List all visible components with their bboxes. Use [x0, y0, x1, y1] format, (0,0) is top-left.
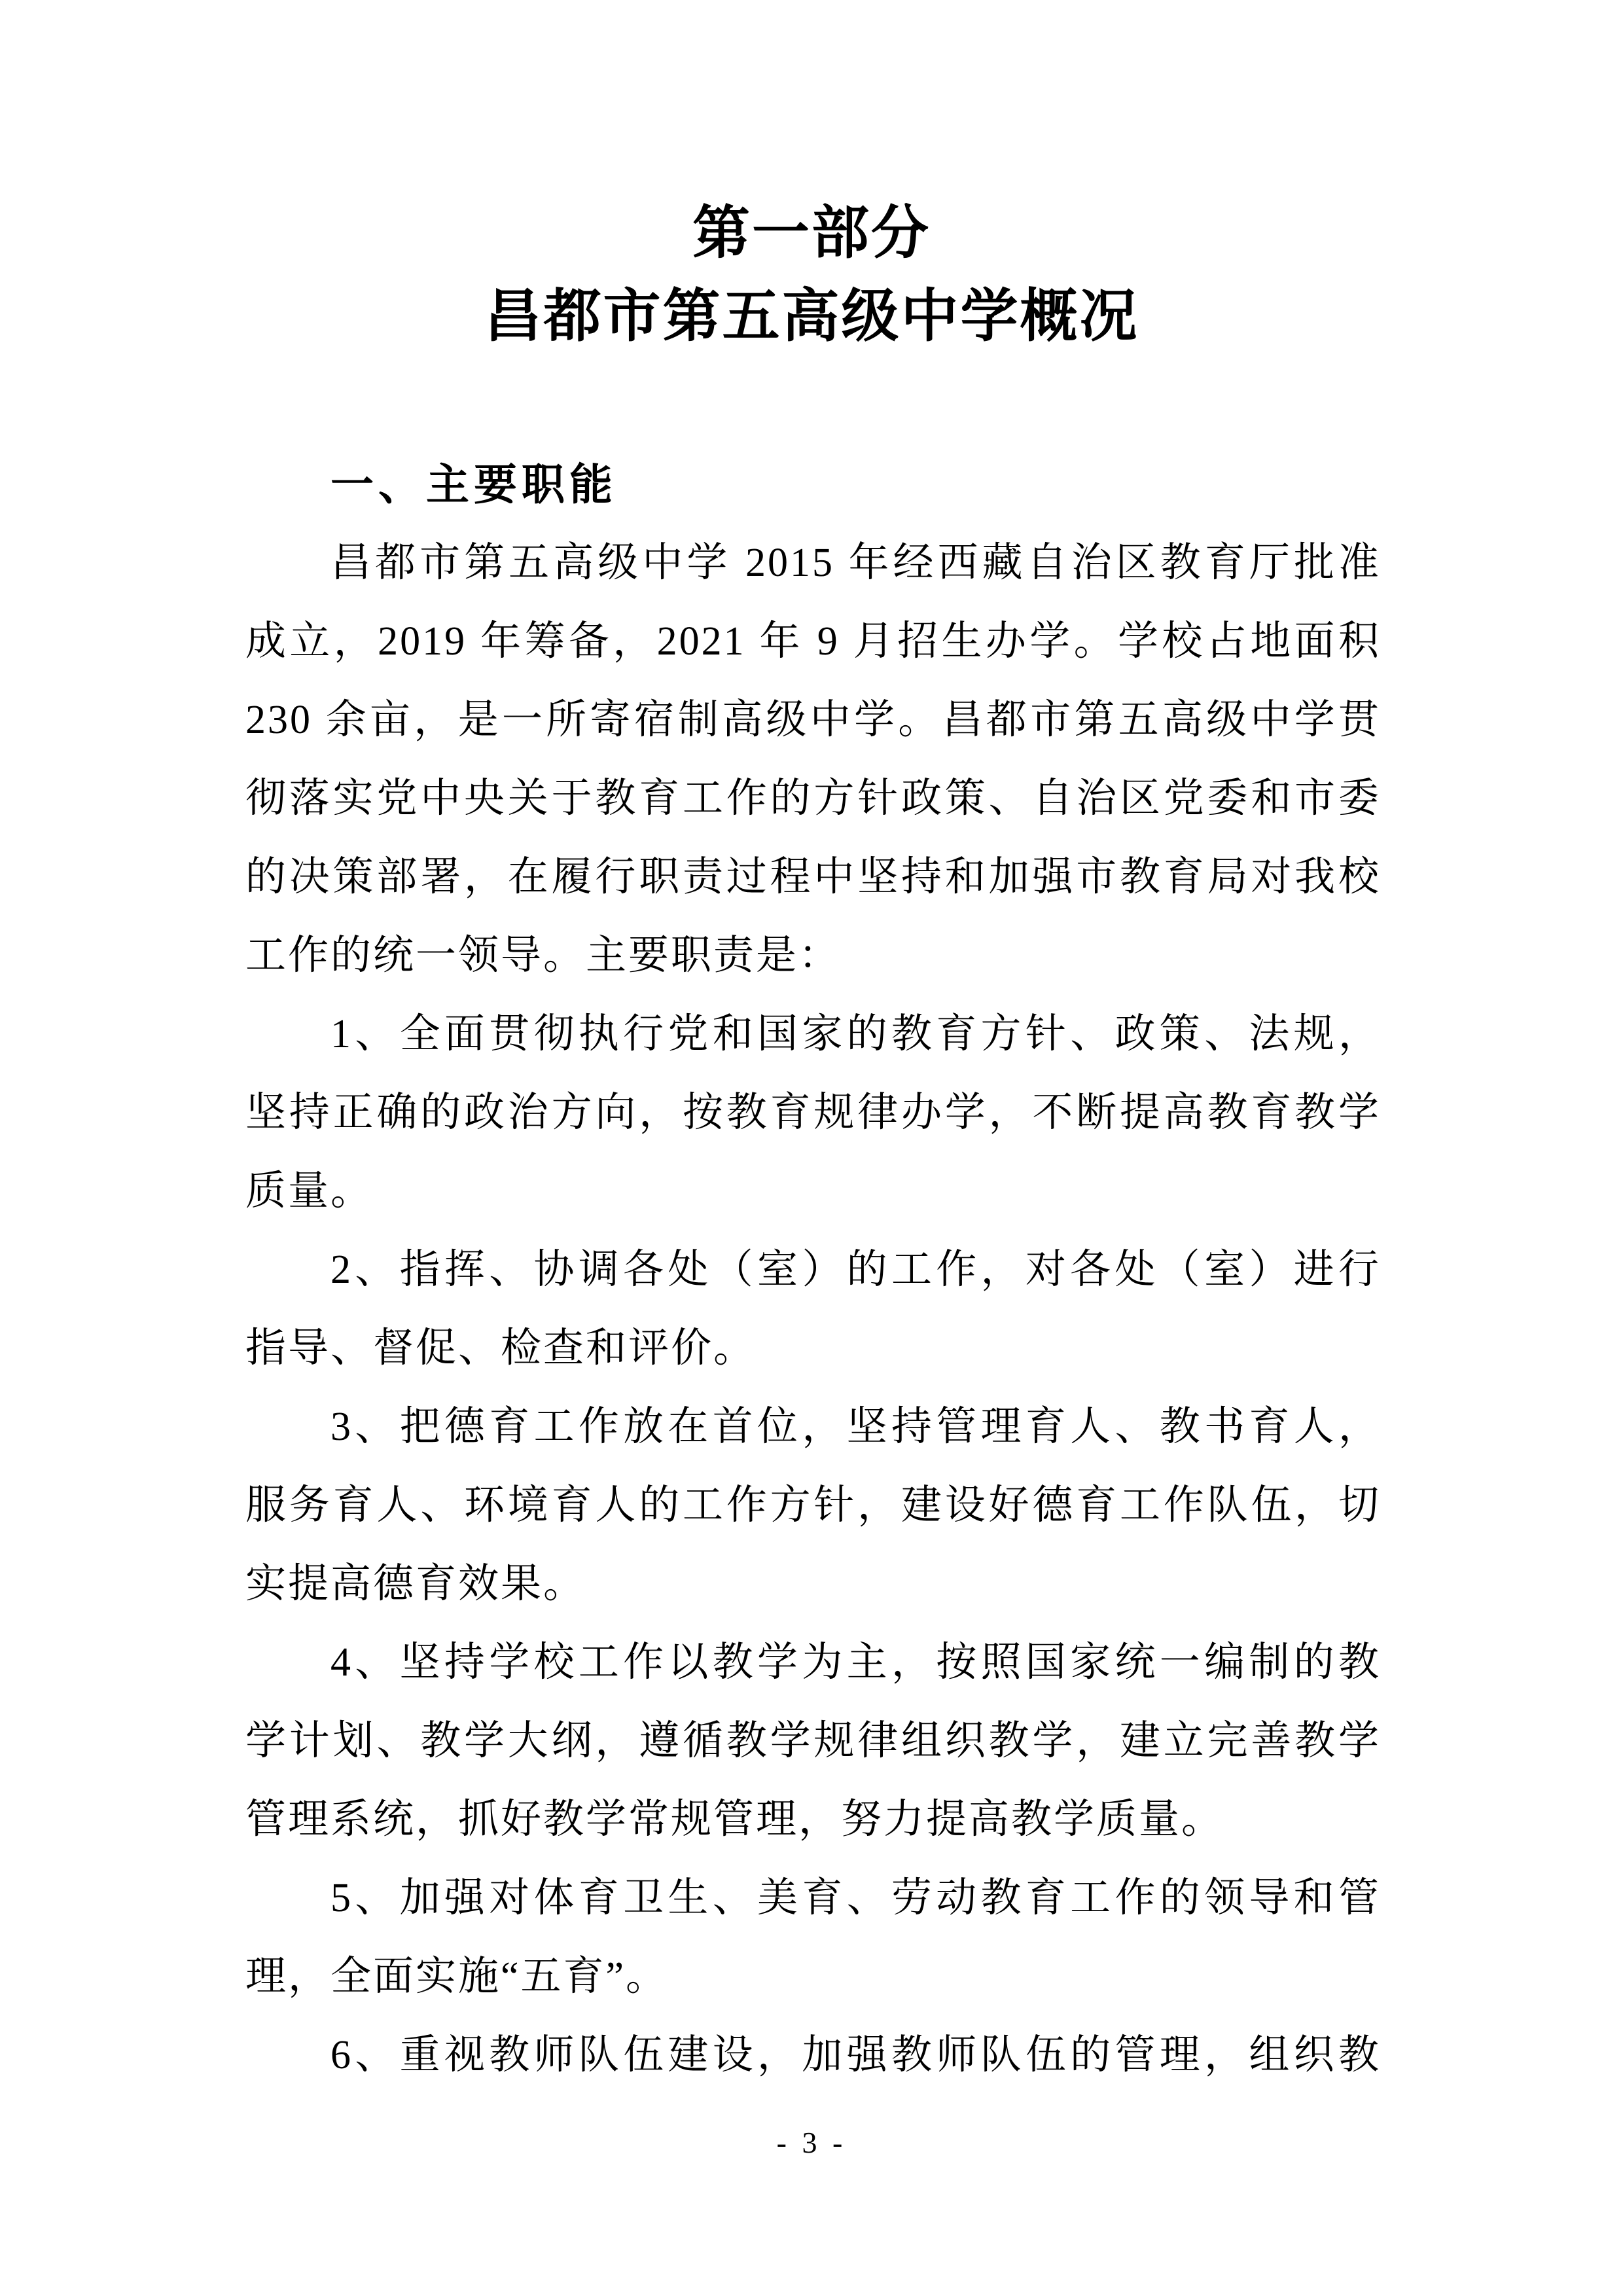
document-page: 第一部分 昌都市第五高级中学概况 一、主要职能 昌都市第五高级中学 2015 年… — [0, 0, 1623, 2296]
document-title-block: 第一部分 昌都市第五高级中学概况 — [0, 191, 1623, 357]
section-heading: 一、主要职能 — [245, 445, 1381, 524]
paragraph-line: 工作的统一领导。主要职责是： — [245, 916, 1381, 995]
paragraph-line: 1、全面贯彻执行党和国家的教育方针、政策、法规， — [245, 995, 1381, 1073]
paragraph-line: 服务育人、环境育人的工作方针，建设好德育工作队伍，切 — [245, 1466, 1381, 1545]
paragraph-line: 理，全面实施“五育”。 — [245, 1937, 1381, 2016]
paragraph-line: 4、坚持学校工作以教学为主，按照国家统一编制的教 — [245, 1623, 1381, 1702]
title-line-part: 第一部分 — [0, 191, 1623, 274]
paragraph-line: 彻落实党中央关于教育工作的方针政策、自治区党委和市委 — [245, 759, 1381, 838]
paragraph-line: 230 余亩，是一所寄宿制高级中学。昌都市第五高级中学贯 — [245, 681, 1381, 759]
paragraph-line: 3、把德育工作放在首位，坚持管理育人、教书育人， — [245, 1388, 1381, 1466]
paragraph-line: 指导、督促、检查和评价。 — [245, 1309, 1381, 1388]
paragraph-line: 5、加强对体育卫生、美育、劳动教育工作的领导和管 — [245, 1859, 1381, 1937]
paragraph-line: 学计划、教学大纲，遵循教学规律组织教学，建立完善教学 — [245, 1702, 1381, 1780]
page-number: - 3 - — [777, 2126, 847, 2159]
paragraph-line: 实提高德育效果。 — [245, 1545, 1381, 1623]
paragraph-line: 管理系统，抓好教学常规管理，努力提高教学质量。 — [245, 1780, 1381, 1859]
paragraph-line: 质量。 — [245, 1152, 1381, 1230]
paragraph-line: 成立，2019 年筹备，2021 年 9 月招生办学。学校占地面积 — [245, 602, 1381, 681]
paragraph-line: 2、指挥、协调各处（室）的工作，对各处（室）进行 — [245, 1230, 1381, 1309]
document-body: 一、主要职能 昌都市第五高级中学 2015 年经西藏自治区教育厅批准 成立，20… — [245, 445, 1381, 2094]
title-line-school-overview: 昌都市第五高级中学概况 — [0, 274, 1623, 357]
paragraph-line: 的决策部署，在履行职责过程中坚持和加强市教育局对我校 — [245, 838, 1381, 916]
paragraph-line: 坚持正确的政治方向，按教育规律办学，不断提高教育教学 — [245, 1073, 1381, 1152]
page-footer: - 3 - — [0, 2123, 1623, 2162]
paragraph-line: 昌都市第五高级中学 2015 年经西藏自治区教育厅批准 — [245, 524, 1381, 602]
paragraph-line: 6、重视教师队伍建设，加强教师队伍的管理，组织教 — [245, 2016, 1381, 2094]
